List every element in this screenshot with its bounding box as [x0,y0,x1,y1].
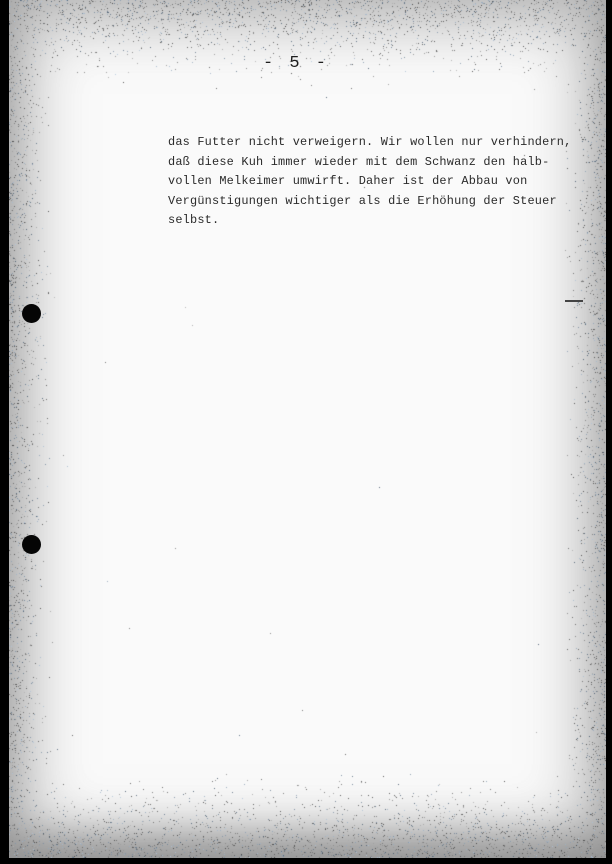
body-text: das Futter nicht verweigern. Wir wollen … [168,133,571,231]
punch-hole [22,304,41,323]
text-line: das Futter nicht verweigern. Wir wollen … [168,133,571,153]
text-line: selbst. [168,211,571,231]
text-line: daß diese Kuh immer wieder mit dem Schwa… [168,153,571,173]
text-line: Vergünstigungen wichtiger als die Erhöhu… [168,192,571,212]
text-line: vollen Melkeimer umwirft. Daher ist der … [168,172,571,192]
scan-noise [9,0,606,858]
stray-mark [565,300,583,302]
punch-hole [22,535,41,554]
page-number: - 5 - [263,54,329,73]
scanned-page: - 5 - das Futter nicht verweigern. Wir w… [9,0,606,858]
